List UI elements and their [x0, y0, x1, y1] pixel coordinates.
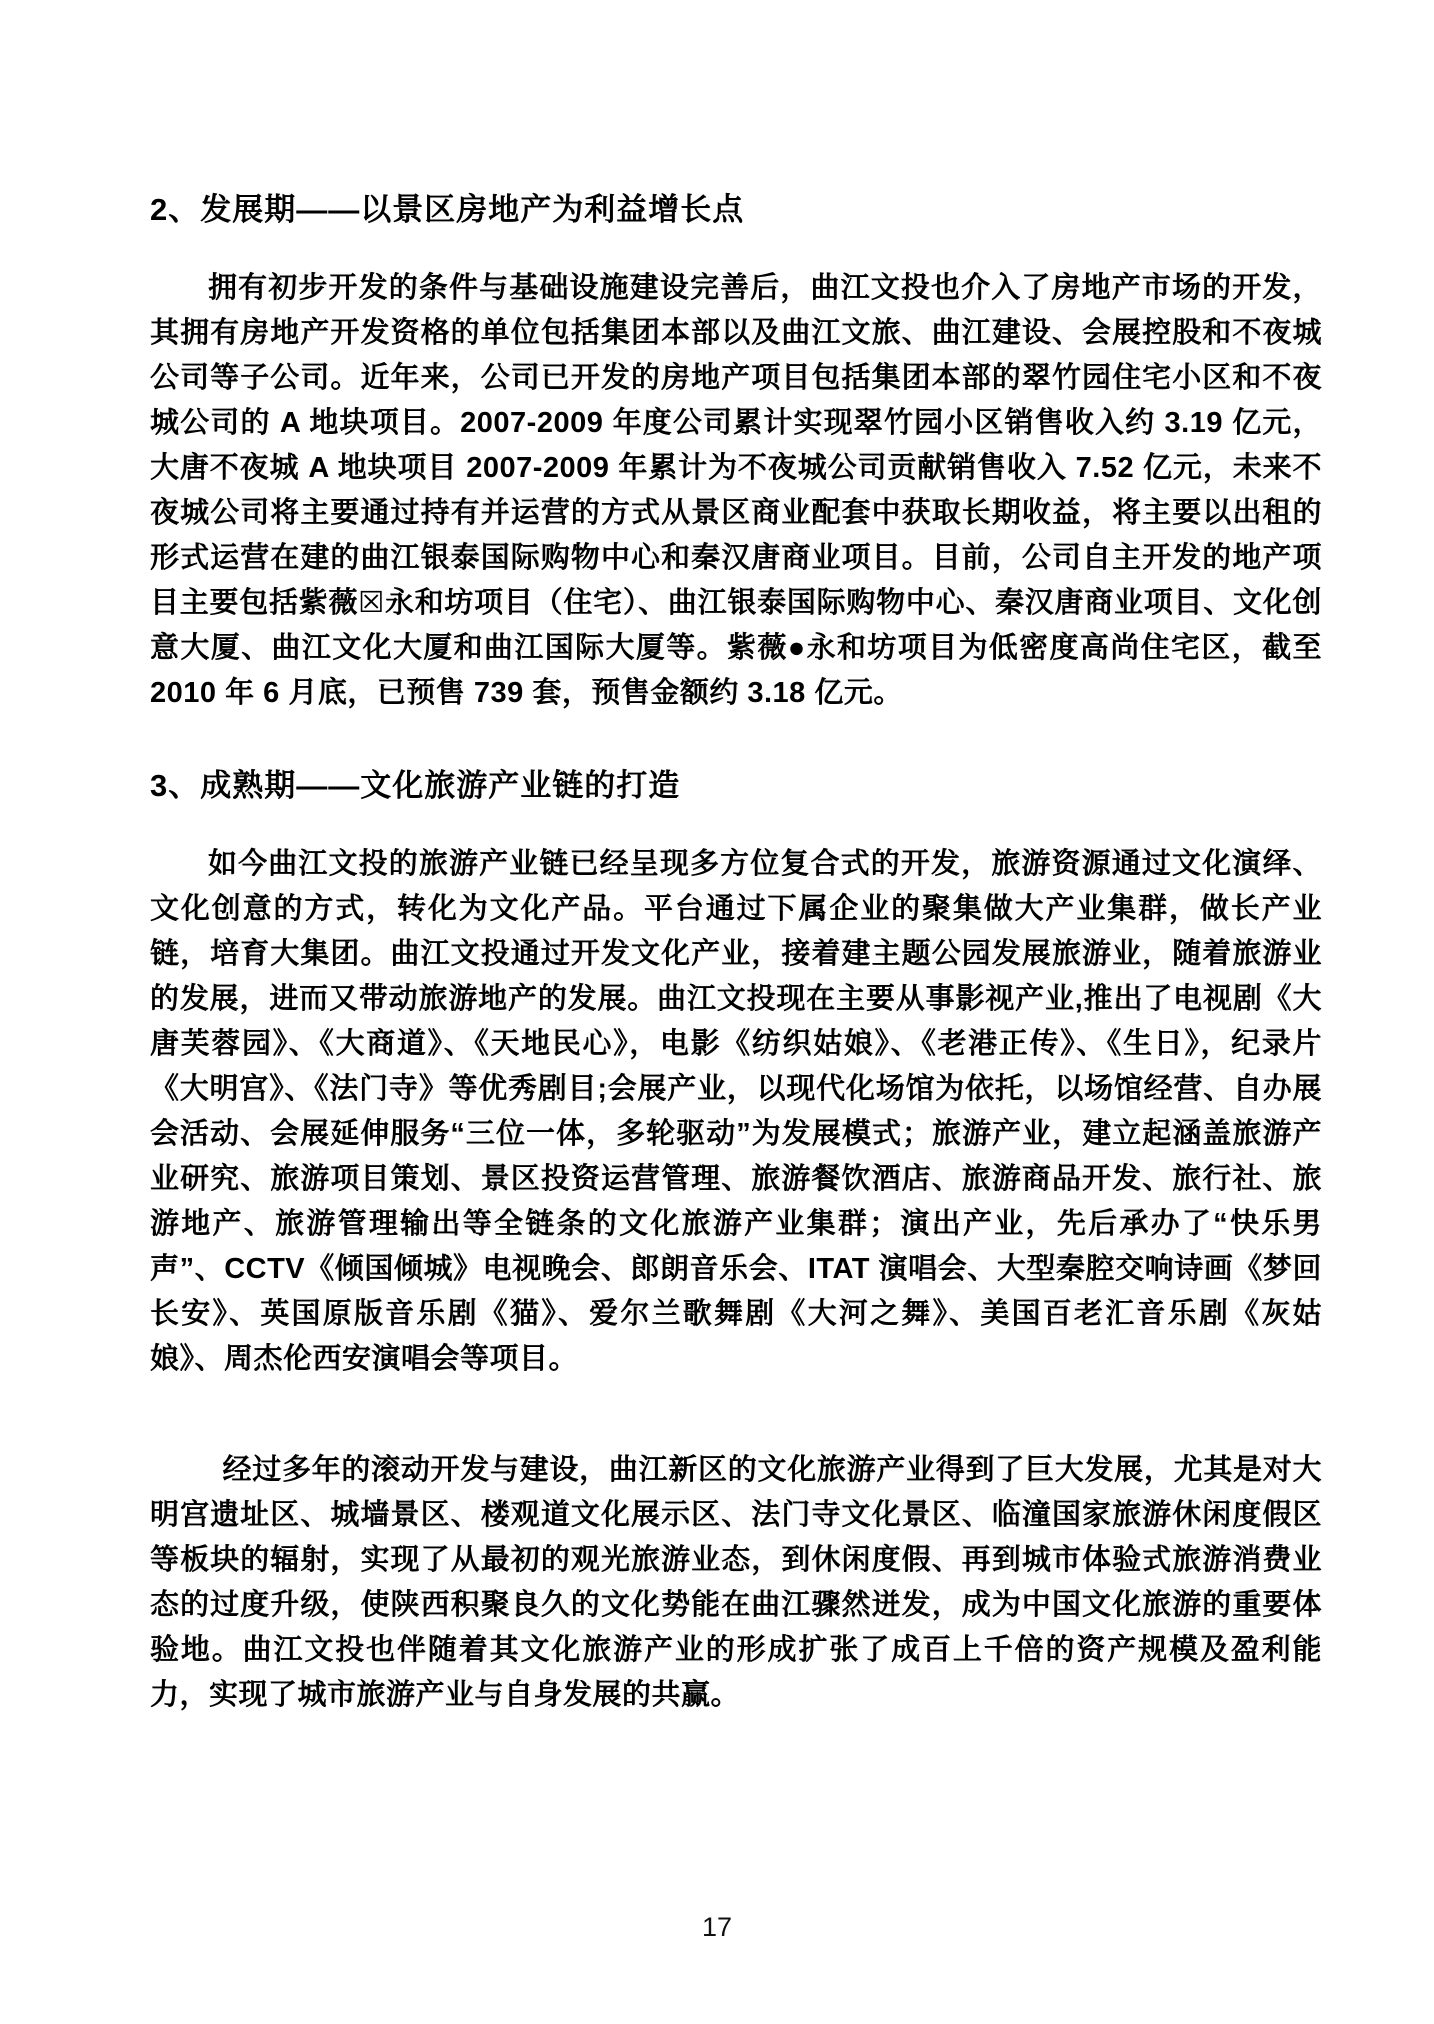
document-page: 2、发展期——以景区房地产为利益增长点 拥有初步开发的条件与基础设施建设完善后，… [0, 0, 1434, 2024]
section-3-paragraph-2: 经过多年的滚动开发与建设，曲江新区的文化旅游产业得到了巨大发展，尤其是对大明宫遗… [150, 1448, 1322, 1718]
section-3-paragraph-1: 如今曲江文投的旅游产业链已经呈现多方位复合式的开发，旅游资源通过文化演绎、文化创… [150, 842, 1322, 1382]
section-3-heading: 3、成熟期——文化旅游产业链的打造 [150, 768, 1322, 804]
page-number: 17 [0, 1912, 1434, 1943]
section-2-heading: 2、发展期——以景区房地产为利益增长点 [150, 192, 1322, 228]
section-2-paragraph: 拥有初步开发的条件与基础设施建设完善后，曲江文投也介入了房地产市场的开发，其拥有… [150, 266, 1322, 716]
